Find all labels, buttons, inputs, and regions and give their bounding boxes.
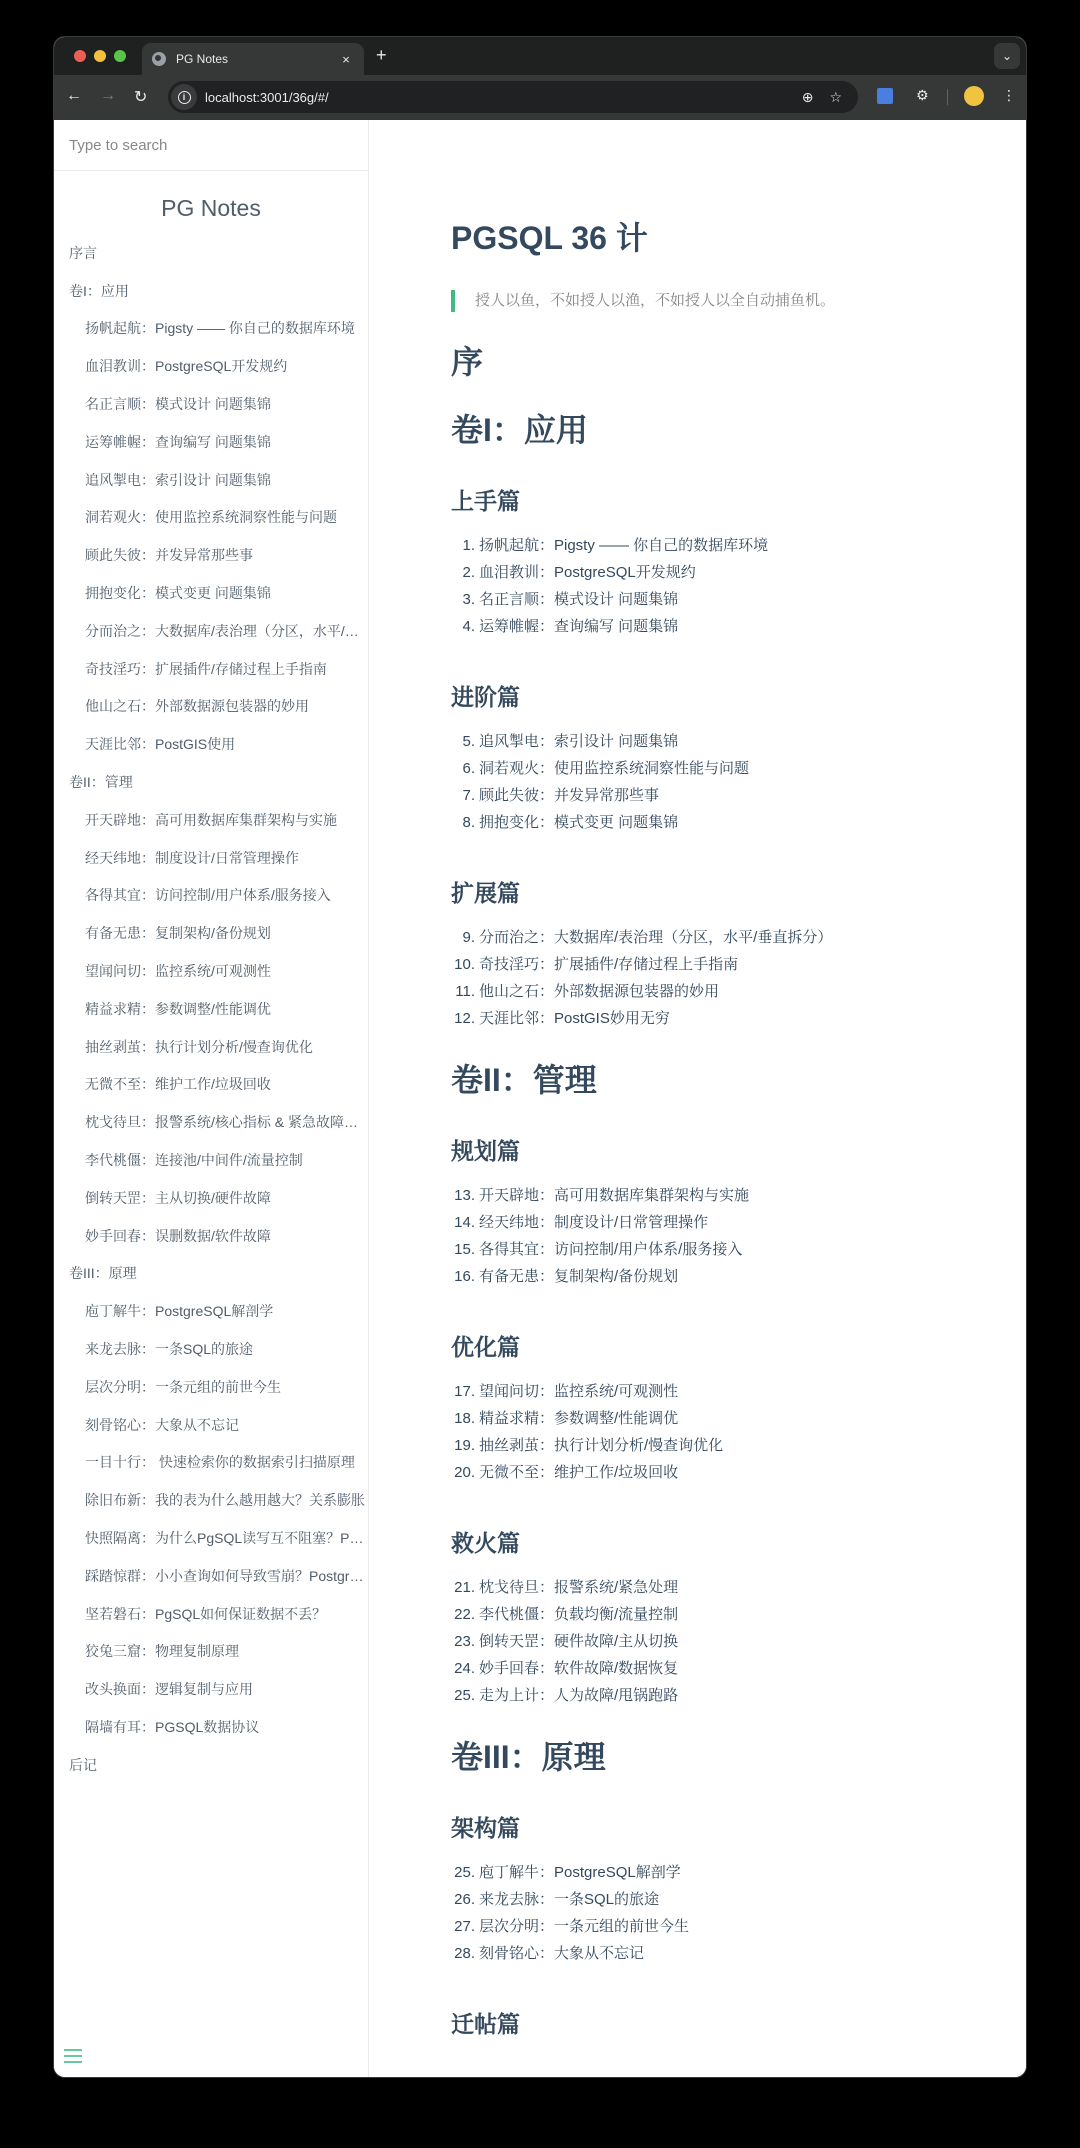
preface-heading[interactable]: 序 (451, 342, 1026, 382)
browser-window: PG Notes × + ⌄ ← → ↻ i localhost:3001/36… (53, 36, 1027, 2078)
chapter-number: 10. (451, 951, 475, 978)
section-heading[interactable]: 进阶篇 (451, 682, 1026, 712)
sidebar-item-label: 无微不至：维护工作/垃圾回收 (85, 1074, 271, 1094)
chapter-title: 奇技淫巧：扩展插件/存储过程上手指南 (479, 951, 738, 978)
chapter-title: 开天辟地：高可用数据库集群架构与实施 (479, 1182, 749, 1209)
sidebar-item[interactable]: 后记 (54, 1746, 368, 1784)
section-heading[interactable]: 迁帖篇 (451, 2009, 1026, 2039)
chapter-number: 27. (451, 1913, 475, 1940)
sidebar-item[interactable]: 除旧布新：我的表为什么越用越大？关系膨胀 (54, 1481, 368, 1519)
section-heading[interactable]: 架构篇 (451, 1813, 1026, 1843)
chapter-title: 倒转天罡：硬件故障/主从切换 (479, 1628, 678, 1655)
chapter-number: 28. (451, 1940, 475, 1967)
sidebar-item[interactable]: 有备无患：复制架构/备份规划 (54, 914, 368, 952)
chapter-number: 4. (451, 613, 475, 640)
section-heading[interactable]: 救火篇 (451, 1528, 1026, 1558)
sidebar-item[interactable]: 来龙去脉：一条SQL的旅途 (54, 1330, 368, 1368)
chapter-title: 追风掣电：索引设计 问题集锦 (479, 728, 678, 755)
chapter-item: 2.血泪教训：PostgreSQL开发规约 (451, 559, 1026, 586)
sidebar-item[interactable]: 望闻问切：监控系统/可观测性 (54, 952, 368, 990)
sidebar-item-label: 望闻问切：监控系统/可观测性 (85, 961, 271, 981)
sidebar-item-label: 卷I：应用 (69, 281, 129, 301)
address-bar[interactable]: i localhost:3001/36g/#/ ⊕ ☆ (168, 81, 858, 113)
sidebar-item-label: 拥抱变化：模式变更 问题集锦 (85, 583, 271, 603)
sidebar-item-label: 精益求精：参数调整/性能调优 (85, 999, 271, 1019)
chapter-title: 层次分明：一条元组的前世今生 (479, 1913, 689, 1940)
sidebar-item-label: 隔墙有耳：PGSQL数据协议 (85, 1717, 259, 1737)
sidebar-item[interactable]: 运筹帷幄：查询编写 问题集锦 (54, 423, 368, 461)
chapter-item: 10.奇技淫巧：扩展插件/存储过程上手指南 (451, 951, 1026, 978)
epigraph-quote: 授人以鱼，不如授人以渔，不如授人以全自动捕鱼机。 (451, 290, 1026, 312)
reload-icon[interactable]: ↻ (134, 87, 147, 107)
sidebar-item[interactable]: 经天纬地：制度设计/日常管理操作 (54, 839, 368, 877)
sidebar-item[interactable]: 奇技淫巧：扩展插件/存储过程上手指南 (54, 650, 368, 688)
sidebar-item-label: 层次分明：一条元组的前世今生 (85, 1377, 281, 1397)
sidebar-item-label: 李代桃僵：连接池/中间件/流量控制 (85, 1150, 303, 1170)
chapter-number: 3. (451, 586, 475, 613)
chapter-number: 26. (451, 1886, 475, 1913)
chapter-title: 枕戈待旦：报警系统/紧急处理 (479, 1574, 678, 1601)
globe-icon (152, 52, 166, 66)
translate-icon[interactable] (877, 88, 893, 104)
chapter-item: 14.经天纬地：制度设计/日常管理操作 (451, 1209, 1026, 1236)
sidebar-item-label: 卷III：原理 (69, 1263, 137, 1283)
sidebar-item[interactable]: 枕戈待旦：报警系统/核心指标 & 紧急故障处理 (54, 1103, 368, 1141)
chapter-list: 13.开天辟地：高可用数据库集群架构与实施14.经天纬地：制度设计/日常管理操作… (451, 1182, 1026, 1290)
sidebar-item-label: 枕戈待旦：报警系统/核心指标 & 紧急故障处理 (85, 1112, 368, 1132)
sidebar-item-label: 倒转天罡：主从切换/硬件故障 (85, 1188, 271, 1208)
sidebar-item[interactable]: 倒转天罡：主从切换/硬件故障 (54, 1179, 368, 1217)
sidebar-item-label: 开天辟地：高可用数据库集群架构与实施 (85, 810, 337, 830)
sidebar-item[interactable]: 精益求精：参数调整/性能调优 (54, 990, 368, 1028)
chapter-title: 妙手回春：软件故障/数据恢复 (479, 1655, 678, 1682)
chapter-item: 6.洞若观火：使用监控系统洞察性能与问题 (451, 755, 1026, 782)
sidebar-item-label: 除旧布新：我的表为什么越用越大？关系膨胀 (85, 1490, 365, 1510)
sidebar-item-label: 各得其宜：访问控制/用户体系/服务接入 (85, 885, 331, 905)
sidebar-item[interactable]: 天涯比邻：PostGIS使用 (54, 725, 368, 763)
sidebar-item-label: 一目十行： 快速检索你的数据索引扫描原理 (85, 1452, 355, 1472)
close-tab-button[interactable]: × (338, 52, 354, 67)
chapter-item: 18.精益求精：参数调整/性能调优 (451, 1405, 1026, 1432)
sidebar-item[interactable]: 妙手回春：误删数据/软件故障 (54, 1217, 368, 1255)
chapter-number: 13. (451, 1182, 475, 1209)
new-tab-button[interactable]: + (376, 45, 387, 66)
sidebar-item-label: 洞若观火：使用监控系统洞察性能与问题 (85, 507, 337, 527)
chapter-list: 9.分而治之：大数据库/表治理（分区，水平/垂直拆分）10.奇技淫巧：扩展插件/… (451, 924, 1026, 1032)
sidebar: PG Notes 序言卷I：应用扬帆起航：Pigsty —— 你自己的数据库环境… (54, 120, 369, 2078)
chapter-title: 抽丝剥茧：执行计划分析/慢查询优化 (479, 1432, 723, 1459)
sidebar-item-label: 刻骨铭心：大象从不忘记 (85, 1415, 239, 1435)
chapter-item: 28.刻骨铭心：大象从不忘记 (451, 1940, 1026, 1967)
chapter-item: 4.运筹帷幄：查询编写 问题集锦 (451, 613, 1026, 640)
tab-title: PG Notes (176, 52, 338, 66)
chapter-title: 各得其宜：访问控制/用户体系/服务接入 (479, 1236, 742, 1263)
sidebar-item-label: 扬帆起航：Pigsty —— 你自己的数据库环境 (85, 318, 355, 338)
browser-toolbar: ← → ↻ i localhost:3001/36g/#/ ⊕ ☆ ⚙ ⋮ (54, 75, 1026, 120)
sidebar-item[interactable]: 狡兔三窟：物理复制原理 (54, 1632, 368, 1670)
sidebar-item[interactable]: 卷III：原理 (54, 1255, 368, 1293)
sidebar-item[interactable]: 卷II：管理 (54, 763, 368, 801)
chapter-item: 1.扬帆起航：Pigsty —— 你自己的数据库环境 (451, 532, 1026, 559)
sidebar-toggle-icon[interactable] (64, 2045, 82, 2067)
chapter-list: 25.庖丁解牛：PostgreSQL解剖学26.来龙去脉：一条SQL的旅途27.… (451, 1859, 1026, 1967)
sidebar-item-label: 妙手回春：误删数据/软件故障 (85, 1226, 271, 1246)
section-heading[interactable]: 扩展篇 (451, 878, 1026, 908)
maximize-window-button[interactable] (114, 50, 126, 62)
sidebar-item-label: 改头换面：逻辑复制与应用 (85, 1679, 253, 1699)
volume-heading[interactable]: 卷II：管理 (451, 1060, 1026, 1100)
sidebar-item[interactable]: 一目十行： 快速检索你的数据索引扫描原理 (54, 1444, 368, 1482)
search-input[interactable] (69, 137, 349, 154)
chapter-list: 5.追风掣电：索引设计 问题集锦6.洞若观火：使用监控系统洞察性能与问题7.顾此… (451, 728, 1026, 836)
star-icon[interactable]: ☆ (829, 89, 842, 106)
sidebar-item-label: 卷II：管理 (69, 772, 133, 792)
chapter-title: 庖丁解牛：PostgreSQL解剖学 (479, 1859, 681, 1886)
volume-heading[interactable]: 卷III：原理 (451, 1737, 1026, 1777)
chapter-title: 精益求精：参数调整/性能调优 (479, 1405, 678, 1432)
tab-strip: PG Notes × + ⌄ (54, 37, 1026, 75)
chapter-title: 刻骨铭心：大象从不忘记 (479, 1940, 644, 1967)
sidebar-item-label: 经天纬地：制度设计/日常管理操作 (85, 848, 299, 868)
sidebar-item-label: 天涯比邻：PostGIS使用 (85, 734, 235, 754)
sidebar-item[interactable]: 踩踏惊群：小小查询如何导致雪崩？PostgreSQL锁 (54, 1557, 368, 1595)
chapter-number: 9. (451, 924, 475, 951)
markdown-section: PGSQL 36 计 授人以鱼，不如授人以渔，不如授人以全自动捕鱼机。 序 卷I… (370, 218, 1026, 2039)
chapter-item: 19.抽丝剥茧：执行计划分析/慢查询优化 (451, 1432, 1026, 1459)
sidebar-item-label: 踩踏惊群：小小查询如何导致雪崩？PostgreSQL锁 (85, 1566, 368, 1586)
sidebar-item-label: 名正言顺：模式设计 问题集锦 (85, 394, 271, 414)
chapter-item: 3.名正言顺：模式设计 问题集锦 (451, 586, 1026, 613)
chapter-number: 7. (451, 782, 475, 809)
chapter-list: 17.望闻问切：监控系统/可观测性18.精益求精：参数调整/性能调优19.抽丝剥… (451, 1378, 1026, 1486)
chapter-title: 洞若观火：使用监控系统洞察性能与问题 (479, 755, 749, 782)
chapter-number: 25. (451, 1859, 475, 1886)
section-heading[interactable]: 优化篇 (451, 1332, 1026, 1362)
sidebar-item[interactable]: 无微不至：维护工作/垃圾回收 (54, 1066, 368, 1104)
chapter-item: 15.各得其宜：访问控制/用户体系/服务接入 (451, 1236, 1026, 1263)
sidebar-item[interactable]: 李代桃僵：连接池/中间件/流量控制 (54, 1141, 368, 1179)
chapter-number: 8. (451, 809, 475, 836)
sidebar-item[interactable]: 序言 (54, 234, 368, 272)
volumes: 卷I：应用上手篇1.扬帆起航：Pigsty —— 你自己的数据库环境2.血泪教训… (451, 410, 1026, 2039)
tab-pg-notes[interactable]: PG Notes × (142, 43, 364, 75)
chapter-number: 22. (451, 1601, 475, 1628)
sidebar-item[interactable]: 顾此失彼：并发异常那些事 (54, 536, 368, 574)
sidebar-item[interactable]: 卷I：应用 (54, 272, 368, 310)
sidebar-item[interactable]: 分而治之：大数据库/表治理（分区，水平/垂直拆分） (54, 612, 368, 650)
chapter-item: 27.层次分明：一条元组的前世今生 (451, 1913, 1026, 1940)
chapter-title: 运筹帷幄：查询编写 问题集锦 (479, 613, 678, 640)
chapter-item: 5.追风掣电：索引设计 问题集锦 (451, 728, 1026, 755)
menu-icon[interactable]: ⋮ (1002, 87, 1016, 104)
url-text[interactable]: localhost:3001/36g/#/ (205, 90, 802, 105)
chapter-item: 20.无微不至：维护工作/垃圾回收 (451, 1459, 1026, 1486)
sidebar-item[interactable]: 名正言顺：模式设计 问题集锦 (54, 385, 368, 423)
sidebar-item-label: 后记 (69, 1755, 97, 1775)
close-window-button[interactable] (74, 50, 86, 62)
chapter-number: 14. (451, 1209, 475, 1236)
sidebar-item-label: 坚若磐石：PgSQL如何保证数据不丢？ (85, 1604, 326, 1624)
chapter-number: 16. (451, 1263, 475, 1290)
sidebar-item-label: 序言 (69, 243, 97, 263)
chapter-number: 20. (451, 1459, 475, 1486)
sidebar-item-label: 来龙去脉：一条SQL的旅途 (85, 1339, 253, 1359)
sidebar-item[interactable]: 抽丝剥茧：执行计划分析/慢查询优化 (54, 1028, 368, 1066)
sidebar-item-label: 血泪教训：PostgreSQL开发规约 (85, 356, 287, 376)
sidebar-item[interactable]: 坚若磐石：PgSQL如何保证数据不丢？ (54, 1595, 368, 1633)
chapter-item: 13.开天辟地：高可用数据库集群架构与实施 (451, 1182, 1026, 1209)
chapter-number: 5. (451, 728, 475, 755)
sidebar-item-label: 快照隔离：为什么PgSQL读写互不阻塞？PgSQL并发控制 (85, 1528, 368, 1548)
chapter-item: 23.倒转天罡：硬件故障/主从切换 (451, 1628, 1026, 1655)
chapter-number: 11. (451, 978, 475, 1005)
chapter-number: 25. (451, 1682, 475, 1709)
sidebar-item[interactable]: 庖丁解牛：PostgreSQL解剖学 (54, 1292, 368, 1330)
chapter-number: 17. (451, 1378, 475, 1405)
profile-icon[interactable] (964, 86, 984, 106)
page: PG Notes 序言卷I：应用扬帆起航：Pigsty —— 你自己的数据库环境… (54, 120, 1026, 2078)
chapter-number: 19. (451, 1432, 475, 1459)
sidebar-item[interactable]: 快照隔离：为什么PgSQL读写互不阻塞？PgSQL并发控制 (54, 1519, 368, 1557)
sidebar-item[interactable]: 开天辟地：高可用数据库集群架构与实施 (54, 801, 368, 839)
search-box (54, 120, 368, 171)
chapter-item: 25.走为上计：人为故障/甩锅跑路 (451, 1682, 1026, 1709)
chapter-title: 李代桃僵：负载均衡/流量控制 (479, 1601, 678, 1628)
sidebar-item[interactable]: 各得其宜：访问控制/用户体系/服务接入 (54, 877, 368, 915)
sidebar-item[interactable]: 洞若观火：使用监控系统洞察性能与问题 (54, 499, 368, 537)
forward-icon[interactable]: → (100, 87, 116, 105)
sidebar-item-label: 庖丁解牛：PostgreSQL解剖学 (85, 1301, 273, 1321)
chapter-title: 天涯比邻：PostGIS妙用无穷 (479, 1005, 670, 1032)
sidebar-item-label: 狡兔三窟：物理复制原理 (85, 1641, 239, 1661)
chapter-list: 21.枕戈待旦：报警系统/紧急处理22.李代桃僵：负载均衡/流量控制23.倒转天… (451, 1574, 1026, 1709)
chapter-title: 扬帆起航：Pigsty —— 你自己的数据库环境 (479, 532, 768, 559)
sidebar-item-label: 有备无患：复制架构/备份规划 (85, 923, 271, 943)
sidebar-item-label: 奇技淫巧：扩展插件/存储过程上手指南 (85, 659, 327, 679)
sidebar-item[interactable]: 刻骨铭心：大象从不忘记 (54, 1406, 368, 1444)
sidebar-item[interactable]: 层次分明：一条元组的前世今生 (54, 1368, 368, 1406)
chapter-item: 21.枕戈待旦：报警系统/紧急处理 (451, 1574, 1026, 1601)
chapter-title: 他山之石：外部数据源包装器的妙用 (479, 978, 719, 1005)
volume-heading[interactable]: 卷I：应用 (451, 410, 1026, 450)
chapter-number: 23. (451, 1628, 475, 1655)
chapter-title: 顾此失彼：并发异常那些事 (479, 782, 659, 809)
sidebar-item[interactable]: 拥抱变化：模式变更 问题集锦 (54, 574, 368, 612)
chapter-title: 走为上计：人为故障/甩锅跑路 (479, 1682, 678, 1709)
sidebar-item-label: 抽丝剥茧：执行计划分析/慢查询优化 (85, 1037, 313, 1057)
sidebar-item[interactable]: 他山之石：外部数据源包装器的妙用 (54, 688, 368, 726)
section-heading[interactable]: 上手篇 (451, 486, 1026, 516)
window-controls (74, 50, 126, 62)
chapter-item: 22.李代桃僵：负载均衡/流量控制 (451, 1601, 1026, 1628)
chapter-number: 21. (451, 1574, 475, 1601)
chapter-title: 拥抱变化：模式变更 问题集锦 (479, 809, 678, 836)
extensions-icon[interactable]: ⚙ (916, 87, 929, 104)
chapter-title: 经天纬地：制度设计/日常管理操作 (479, 1209, 708, 1236)
chapter-number: 24. (451, 1655, 475, 1682)
chapter-number: 18. (451, 1405, 475, 1432)
chapter-title: 来龙去脉：一条SQL的旅途 (479, 1886, 659, 1913)
chapter-title: 血泪教训：PostgreSQL开发规约 (479, 559, 696, 586)
sidebar-item[interactable]: 血泪教训：PostgreSQL开发规约 (54, 347, 368, 385)
chapter-item: 24.妙手回春：软件故障/数据恢复 (451, 1655, 1026, 1682)
sidebar-item[interactable]: 追风掣电：索引设计 问题集锦 (54, 461, 368, 499)
chapter-item: 17.望闻问切：监控系统/可观测性 (451, 1378, 1026, 1405)
chapter-item: 26.来龙去脉：一条SQL的旅途 (451, 1886, 1026, 1913)
chapter-item: 12.天涯比邻：PostGIS妙用无穷 (451, 1005, 1026, 1032)
chapter-item: 16.有备无患：复制架构/备份规划 (451, 1263, 1026, 1290)
main-content: PGSQL 36 计 授人以鱼，不如授人以渔，不如授人以全自动捕鱼机。 序 卷I… (370, 120, 1026, 2078)
chapter-number: 6. (451, 755, 475, 782)
chapter-title: 名正言顺：模式设计 问题集锦 (479, 586, 678, 613)
chapter-item: 7.顾此失彼：并发异常那些事 (451, 782, 1026, 809)
tab-search-icon[interactable]: ⌄ (994, 43, 1020, 69)
chapter-number: 1. (451, 532, 475, 559)
chapter-title: 望闻问切：监控系统/可观测性 (479, 1378, 678, 1405)
sidebar-item-label: 顾此失彼：并发异常那些事 (85, 545, 253, 565)
sidebar-nav: 序言卷I：应用扬帆起航：Pigsty —— 你自己的数据库环境血泪教训：Post… (54, 234, 368, 1784)
sidebar-item-label: 他山之石：外部数据源包装器的妙用 (85, 696, 309, 716)
chapter-item: 25.庖丁解牛：PostgreSQL解剖学 (451, 1859, 1026, 1886)
minimize-window-button[interactable] (94, 50, 106, 62)
section-heading[interactable]: 规划篇 (451, 1136, 1026, 1166)
sidebar-item-label: 追风掣电：索引设计 问题集锦 (85, 470, 271, 490)
zoom-icon[interactable]: ⊕ (802, 89, 814, 106)
chapter-list: 1.扬帆起航：Pigsty —— 你自己的数据库环境2.血泪教训：Postgre… (451, 532, 1026, 640)
sidebar-item[interactable]: 改头换面：逻辑复制与应用 (54, 1670, 368, 1708)
chapter-item: 11.他山之石：外部数据源包装器的妙用 (451, 978, 1026, 1005)
sidebar-item-label: 运筹帷幄：查询编写 问题集锦 (85, 432, 271, 452)
sidebar-item-label: 分而治之：大数据库/表治理（分区，水平/垂直拆分） (85, 621, 368, 641)
chapter-title: 无微不至：维护工作/垃圾回收 (479, 1459, 678, 1486)
chapter-number: 2. (451, 559, 475, 586)
sidebar-item[interactable]: 隔墙有耳：PGSQL数据协议 (54, 1708, 368, 1746)
back-icon[interactable]: ← (66, 87, 82, 105)
page-title: PGSQL 36 计 (451, 218, 1026, 258)
toolbar-divider (947, 89, 948, 105)
chapter-item: 9.分而治之：大数据库/表治理（分区，水平/垂直拆分） (451, 924, 1026, 951)
chapter-number: 12. (451, 1005, 475, 1032)
app-name[interactable]: PG Notes (54, 195, 368, 222)
chapter-title: 有备无患：复制架构/备份规划 (479, 1263, 678, 1290)
chapter-title: 分而治之：大数据库/表治理（分区，水平/垂直拆分） (479, 924, 832, 951)
chapter-item: 8.拥抱变化：模式变更 问题集锦 (451, 809, 1026, 836)
chapter-number: 15. (451, 1236, 475, 1263)
info-icon[interactable]: i (171, 84, 197, 110)
sidebar-item[interactable]: 扬帆起航：Pigsty —— 你自己的数据库环境 (54, 310, 368, 348)
